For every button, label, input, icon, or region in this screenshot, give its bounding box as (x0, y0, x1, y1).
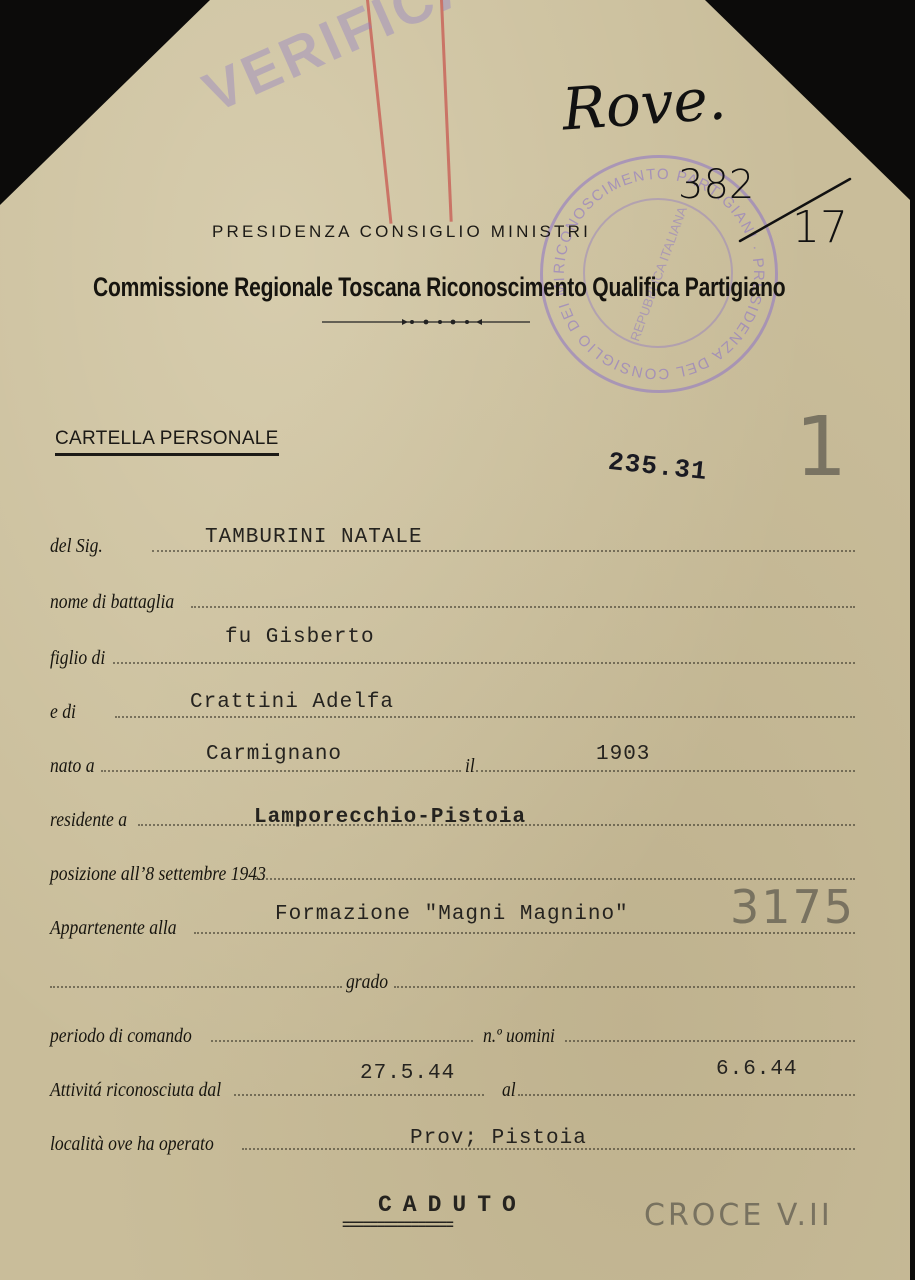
serial-number-stamp: 235.31 (607, 447, 709, 487)
field-row-e-di: e di (50, 694, 855, 724)
field-label: Attivitá riconosciuta dal (50, 1079, 221, 1102)
field-label: nato a (50, 755, 94, 778)
handwritten-file-ref-bottom: 17 (792, 202, 848, 253)
field-value-formation: Formazione "Magni Magnino" (275, 903, 629, 926)
dotted-line (152, 550, 855, 552)
field-row-del-sig: del Sig. (50, 528, 855, 558)
field-label: posizione all’8 settembre 1943 (50, 863, 266, 886)
field-label-il: il (465, 755, 475, 778)
field-label: periodo di comando (50, 1025, 192, 1048)
dotted-line (565, 1040, 855, 1042)
field-label: residente a (50, 809, 127, 832)
field-label: del Sig. (50, 535, 103, 558)
field-value-activity-from: 27.5.44 (360, 1062, 455, 1085)
red-pencil-mark-right (440, 0, 453, 222)
dotted-line (394, 986, 855, 988)
field-label: e di (50, 701, 76, 724)
document-card: VERIFICATO RICONOSCIMENTO PARTIGIANI · P… (0, 0, 910, 1280)
field-row-periodo-comando: periodo di comando n.º uomini (50, 1018, 855, 1048)
field-value-father: fu Gisberto (225, 626, 375, 649)
field-label-n-uomini: n.º uomini (483, 1025, 555, 1048)
authority-heading: PRESIDENZA CONSIGLIO MINISTRI (212, 222, 591, 242)
field-row-grado: grado (50, 964, 855, 994)
section-title: CARTELLA PERSONALE (55, 428, 279, 456)
field-label: nome di battaglia (50, 591, 174, 614)
field-label: Appartenente alla (50, 917, 177, 940)
ornament-divider-icon (322, 318, 530, 326)
dotted-line (113, 662, 855, 664)
dotted-line (518, 1094, 855, 1096)
field-value-birth-year: 1903 (596, 743, 650, 766)
dotted-line (101, 770, 461, 772)
status-underline: ================ (342, 1218, 452, 1234)
status-caduto: CADUTO (378, 1192, 527, 1218)
field-value-location: Prov; Pistoia (410, 1127, 587, 1150)
field-value-name: TAMBURINI NATALE (205, 526, 423, 549)
field-label: figlio di (50, 647, 105, 670)
field-row-nato-a: nato a il (50, 748, 855, 778)
field-label: località ove ha operato (50, 1133, 214, 1156)
field-value-activity-to: 6.6.44 (716, 1058, 798, 1081)
field-label-al: al (502, 1079, 516, 1102)
pencil-formation-number: 3175 (730, 880, 855, 934)
dotted-line (211, 1040, 473, 1042)
dotted-line (191, 606, 855, 608)
dotted-line (476, 770, 855, 772)
field-value-residence: Lamporecchio-Pistoia (254, 806, 526, 829)
dotted-line (115, 716, 855, 718)
field-value-birthplace: Carmignano (206, 743, 342, 766)
handwritten-note-top: Rove. (560, 64, 728, 143)
field-row-nome-di-battaglia: nome di battaglia (50, 584, 855, 614)
field-row-figlio-di: figlio di (50, 640, 855, 670)
dotted-line (234, 1094, 484, 1096)
field-value-mother: Crattini Adelfa (190, 691, 394, 714)
pencil-note-croce: CROCE V.II (644, 1198, 833, 1233)
commission-heading: Commissione Regionale Toscana Riconoscim… (93, 272, 785, 303)
field-label: grado (346, 971, 388, 994)
pencil-page-mark: 1 (795, 400, 847, 495)
dotted-line (50, 986, 342, 988)
